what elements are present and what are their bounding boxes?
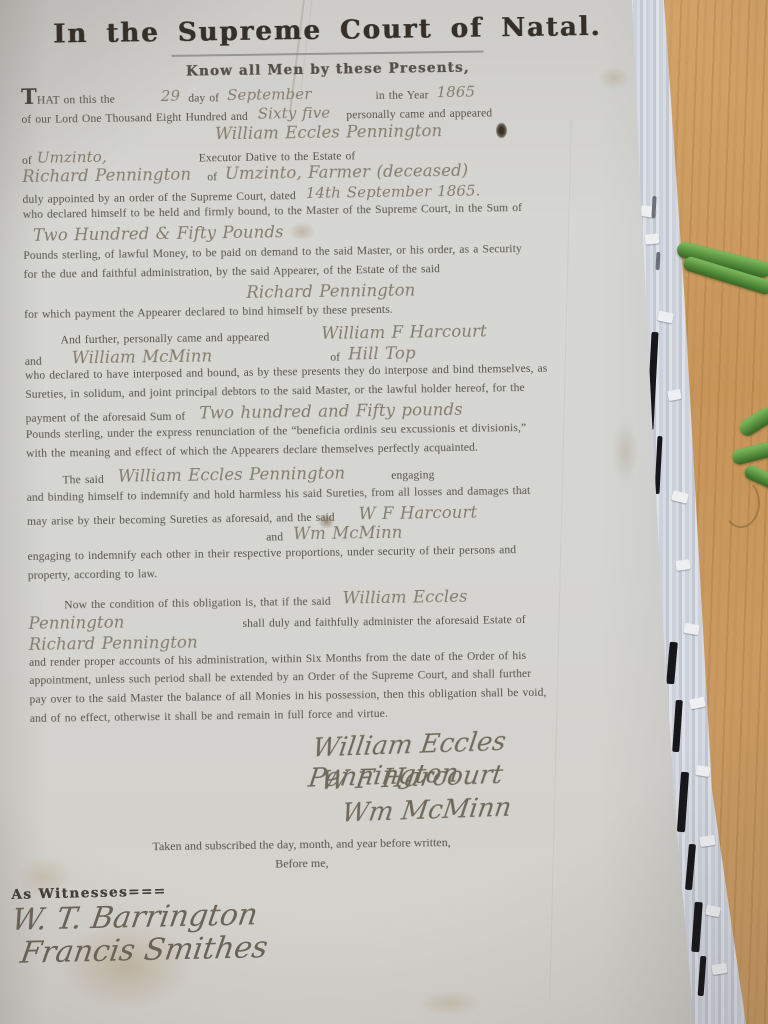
handwritten-text: Umzinto, Farmer (deceased) — [225, 161, 468, 183]
thread-loop — [722, 478, 760, 528]
printed-text: T — [21, 84, 37, 109]
blank-space — [212, 361, 330, 363]
printed-text: And further, personally came and appeare… — [60, 331, 269, 347]
handwritten-text: Two Hundred & Fifty Pounds — [33, 222, 284, 244]
printed-text: of — [330, 351, 340, 364]
document-body: THAT on this the29day ofSeptemberin the … — [21, 81, 644, 730]
printed-text: HAT on this the — [37, 93, 115, 107]
handwritten-text: September — [227, 85, 312, 104]
printed-text: in the Year — [375, 88, 428, 102]
blank-space — [345, 479, 391, 480]
printed-text: day of — [188, 91, 219, 104]
printed-text: Now the condition of this obligation is,… — [64, 594, 331, 611]
stain — [418, 990, 482, 1016]
handwritten-text: William McMinn — [72, 347, 213, 368]
handwritten-text: Two hundred and Fifty pounds — [199, 400, 463, 423]
signature-block: William Eccles Pennington W F Harcourt W… — [29, 722, 646, 842]
title-divider — [172, 51, 484, 57]
handwritten-text: William Eccles Pennington — [118, 464, 346, 486]
witness-block: As Witnesses=== W. T. Barrington Francis… — [11, 881, 268, 973]
handwritten-text: Hill Top — [348, 344, 416, 364]
handwritten-text: Pennington — [28, 612, 124, 632]
handwritten-text: 29 — [161, 87, 181, 105]
paper-tab — [675, 559, 690, 571]
printed-text: shall duly and faithfully administer the… — [242, 613, 525, 630]
blank-space — [269, 340, 321, 341]
printed-text: and — [25, 355, 42, 368]
document-subtitle: Know all Men by these Presents, — [21, 57, 635, 82]
blank-space — [115, 102, 161, 103]
handwritten-text: W F Harcourt — [359, 503, 478, 524]
printed-text: property, according to law. — [28, 567, 158, 582]
paper-tab — [695, 765, 710, 777]
printed-text: personally came and appeared — [346, 106, 492, 121]
handwritten-text: William F Harcourt — [321, 322, 487, 343]
printed-text: The said — [62, 473, 104, 487]
printed-text: of — [22, 153, 32, 166]
printed-text: engaging — [391, 469, 434, 483]
handwritten-text: 1865 — [436, 83, 475, 102]
handwritten-text: Sixty five — [258, 103, 331, 122]
handwritten-text: Richard Pennington — [246, 280, 415, 301]
handwritten-text: Richard Pennington — [22, 165, 191, 186]
handwritten-text: Richard Pennington — [29, 632, 198, 653]
paper-tab — [645, 233, 660, 244]
printed-text: duly appointed by an order of the Suprem… — [22, 190, 295, 207]
printed-text: payment of the aforesaid Sum of — [26, 409, 186, 424]
handwritten-text: William Eccles — [343, 586, 468, 607]
printed-text: and — [266, 530, 283, 543]
blank-space — [125, 626, 243, 628]
handwritten-text: William Eccles Pennington — [215, 121, 443, 143]
handwritten-text: Wm McMinn — [293, 523, 403, 544]
blank-space — [312, 99, 376, 100]
printed-text: of — [207, 171, 217, 184]
document-photo: In the Supreme Court of Natal. Know all … — [0, 0, 768, 1024]
handwritten-text: Umzinto, — [37, 147, 107, 166]
blank-space — [107, 161, 199, 162]
paper-tab — [711, 963, 727, 975]
witness-signature-smithes: Francis Smithes — [18, 930, 270, 973]
document-title: In the Supreme Court of Natal. — [20, 11, 634, 50]
document-content: In the Supreme Court of Natal. Know all … — [20, 7, 646, 874]
before-me-text: Before me, — [32, 852, 572, 875]
handwritten-text: 14th September 1865. — [306, 182, 481, 202]
